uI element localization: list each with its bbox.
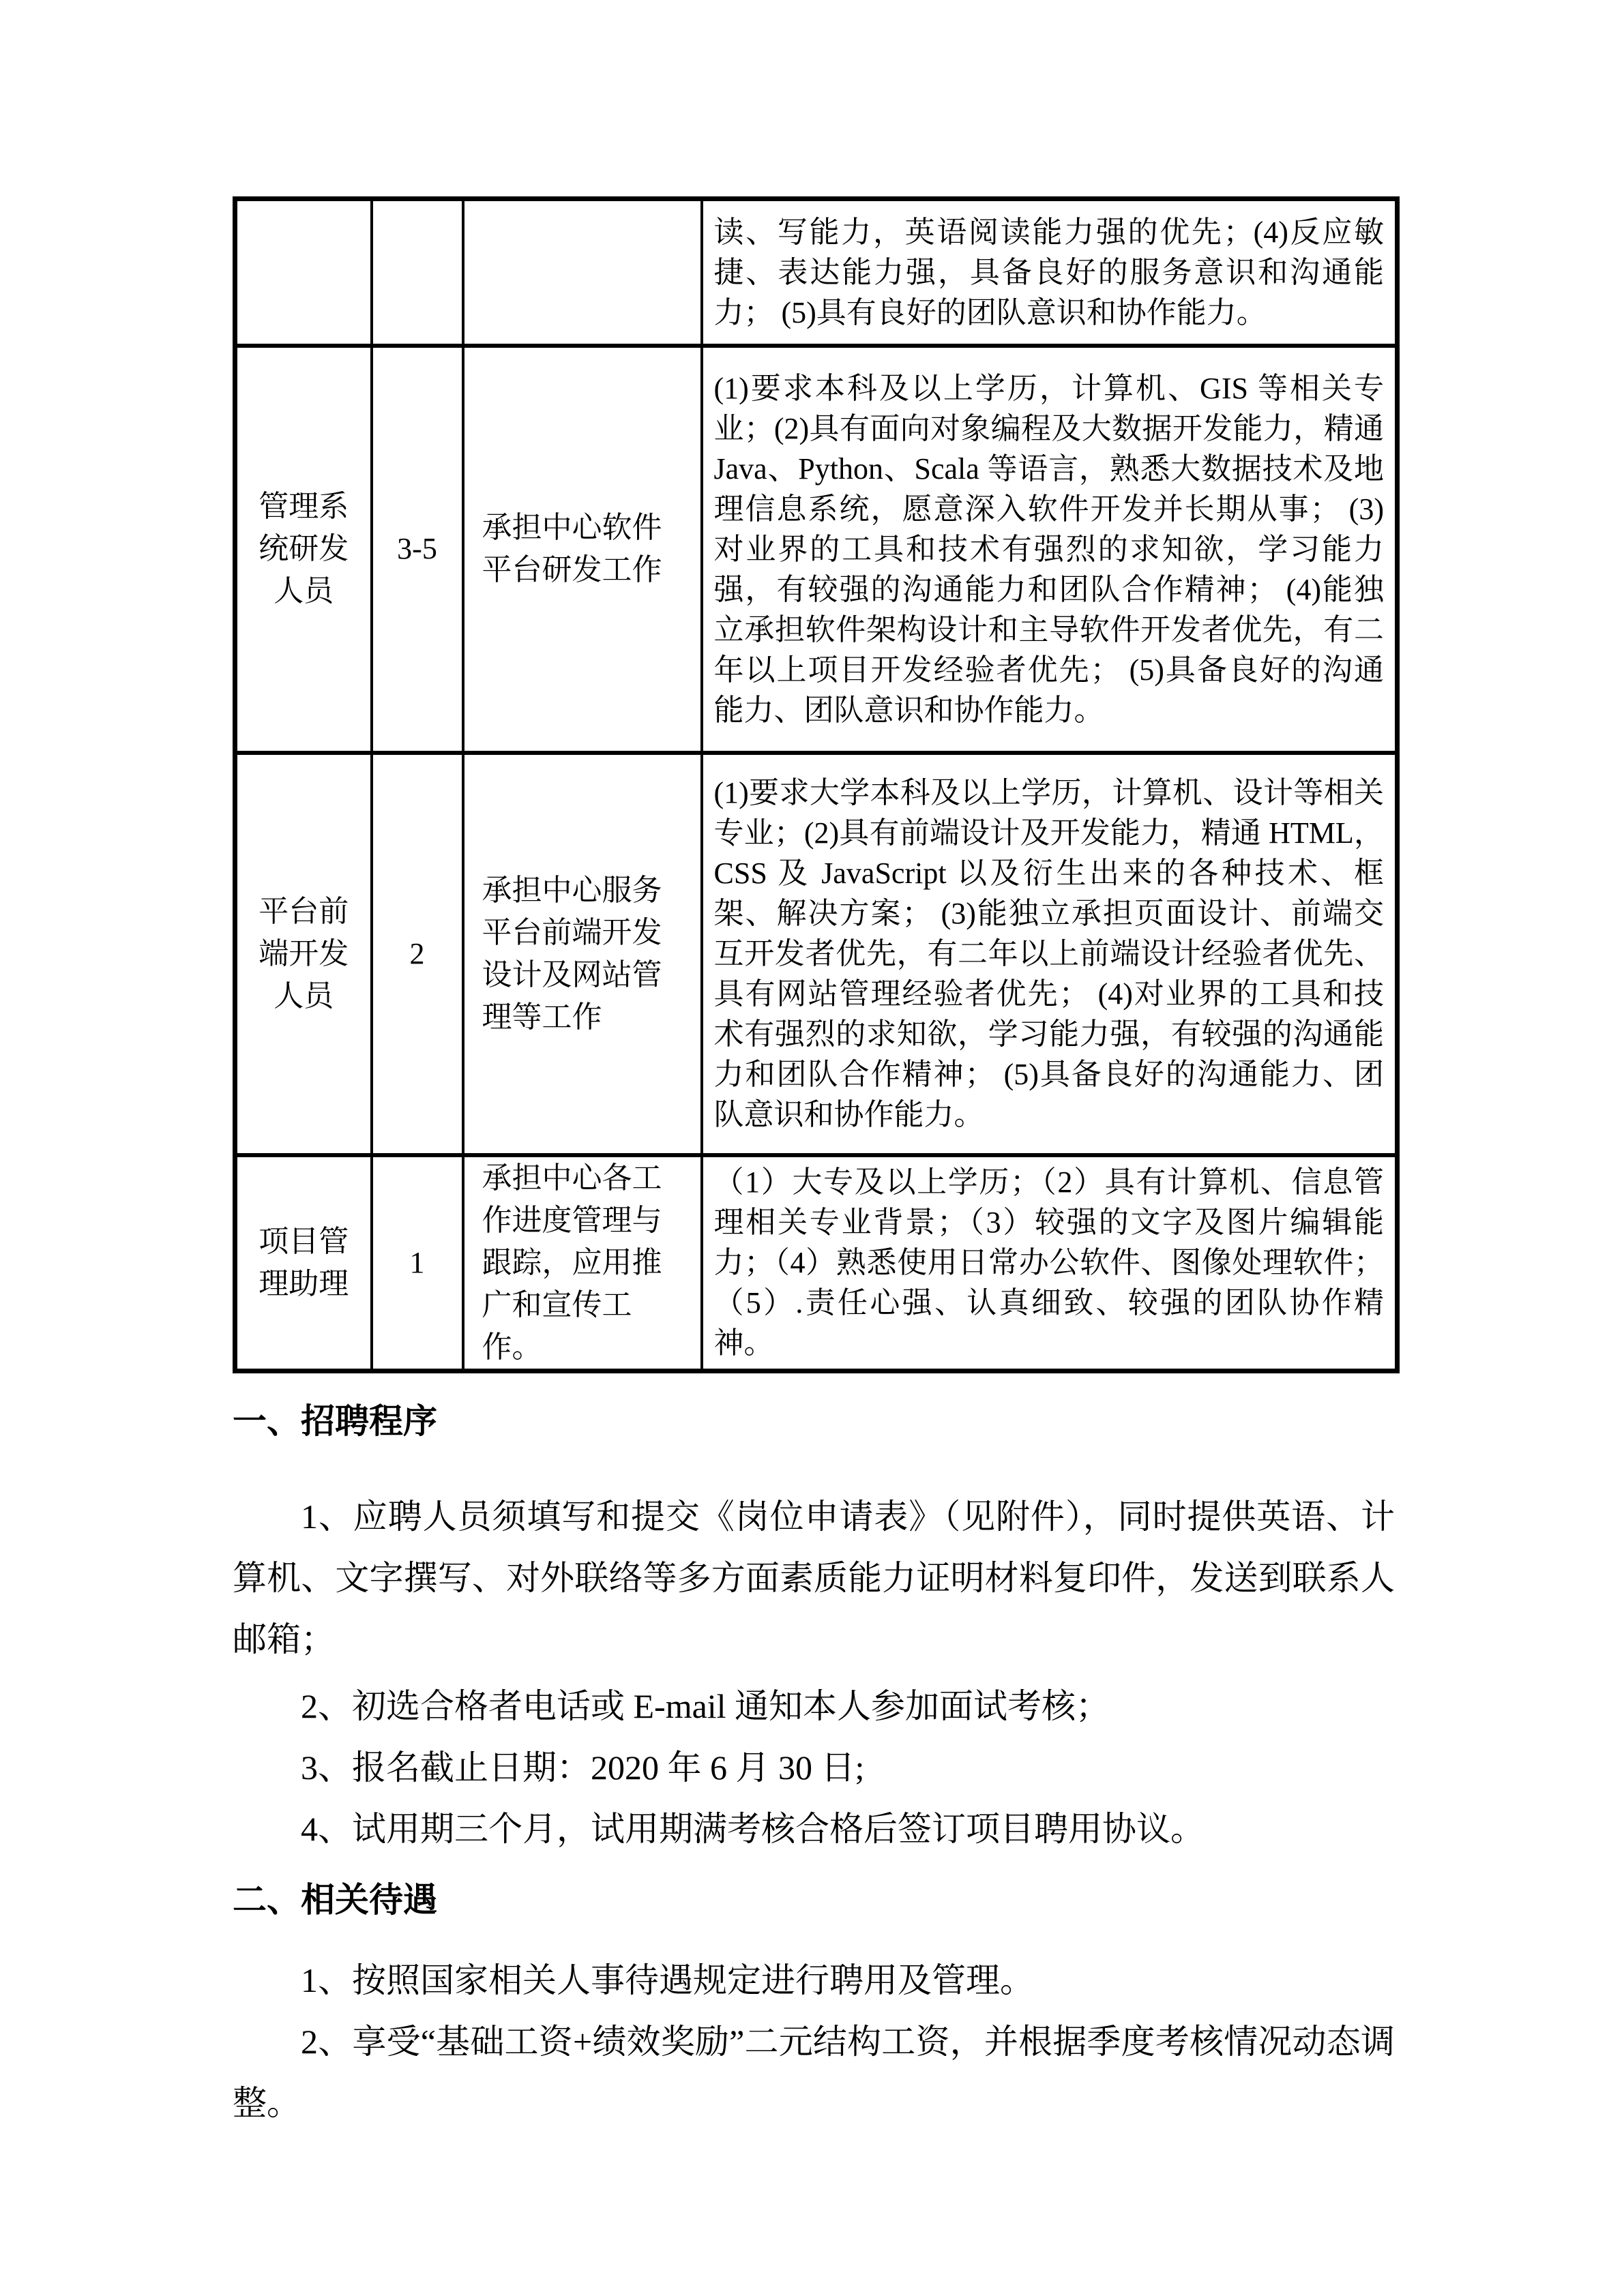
recruitment-item-3: 3、报名截止日期：2020 年 6 月 30 日; bbox=[233, 1737, 1395, 1798]
table-row-project-assistant: 项目管理助理 1 承担中心各工作进度管理与跟踪，应用推广和宣传工作。 （1）大专… bbox=[235, 1155, 1398, 1371]
position-cell: 项目管理助理 bbox=[235, 1155, 372, 1371]
section-heading-recruitment-procedure: 一、招聘程序 bbox=[233, 1390, 1395, 1452]
count-cell: 2 bbox=[372, 753, 463, 1155]
duty-cell: 承担中心各工作进度管理与跟踪，应用推广和宣传工作。 bbox=[463, 1155, 702, 1371]
duty-cell: 承担中心服务平台前端开发设计及网站管理等工作 bbox=[463, 753, 702, 1155]
position-cell bbox=[235, 199, 372, 346]
document-page: 读、写能力，英语阅读能力强的优先；(4)反应敏捷、表达能力强，具备良好的服务意识… bbox=[0, 0, 1624, 2296]
recruitment-item-1: 1、应聘人员须填写和提交《岗位申请表》（见附件），同时提供英语、计算机、文字撰写… bbox=[233, 1486, 1395, 1670]
table-row-frontend-developer: 平台前端开发人员 2 承担中心服务平台前端开发设计及网站管理等工作 (1)要求大… bbox=[235, 753, 1398, 1155]
count-cell: 3-5 bbox=[372, 346, 463, 753]
requirements-cell: (1)要求大学本科及以上学历，计算机、设计等相关专业；(2)具有前端设计及开发能… bbox=[702, 753, 1398, 1155]
duty-cell: 承担中心软件平台研发工作 bbox=[463, 346, 702, 753]
recruitment-item-4: 4、试用期三个月，试用期满考核合格后签订项目聘用协议。 bbox=[233, 1798, 1395, 1860]
compensation-item-2: 2、享受“基础工资+绩效奖励”二元结构工资，并根据季度考核情况动态调整。 bbox=[233, 2011, 1395, 2134]
duty-cell bbox=[463, 199, 702, 346]
positions-table: 读、写能力，英语阅读能力强的优先；(4)反应敏捷、表达能力强，具备良好的服务意识… bbox=[233, 196, 1400, 1373]
table-row-system-developer: 管理系统研发人员 3-5 承担中心软件平台研发工作 (1)要求本科及以上学历，计… bbox=[235, 346, 1398, 753]
requirements-cell: 读、写能力，英语阅读能力强的优先；(4)反应敏捷、表达能力强，具备良好的服务意识… bbox=[702, 199, 1398, 346]
position-cell: 管理系统研发人员 bbox=[235, 346, 372, 753]
compensation-item-1: 1、按照国家相关人事待遇规定进行聘用及管理。 bbox=[233, 1950, 1395, 2011]
position-cell: 平台前端开发人员 bbox=[235, 753, 372, 1155]
count-cell bbox=[372, 199, 463, 346]
document-content: 读、写能力，英语阅读能力强的优先；(4)反应敏捷、表达能力强，具备良好的服务意识… bbox=[233, 196, 1395, 2134]
recruitment-item-2: 2、初选合格者电话或 E-mail 通知本人参加面试考核； bbox=[233, 1675, 1395, 1737]
section-heading-compensation: 二、相关待遇 bbox=[233, 1869, 1395, 1930]
count-cell: 1 bbox=[372, 1155, 463, 1371]
table-row-continuation: 读、写能力，英语阅读能力强的优先；(4)反应敏捷、表达能力强，具备良好的服务意识… bbox=[235, 199, 1398, 346]
requirements-cell: (1)要求本科及以上学历，计算机、GIS 等相关专业；(2)具有面向对象编程及大… bbox=[702, 346, 1398, 753]
requirements-cell: （1）大专及以上学历；（2）具有计算机、信息管理相关专业背景；（3）较强的文字及… bbox=[702, 1155, 1398, 1371]
